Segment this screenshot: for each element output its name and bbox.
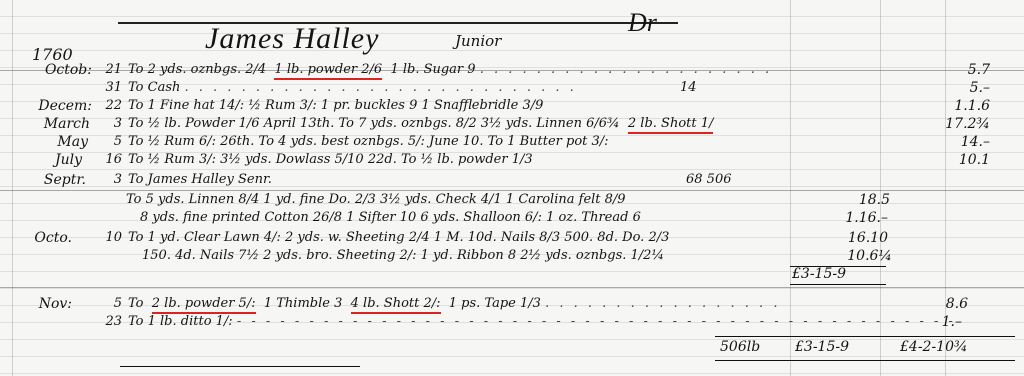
ledger-row: July 16 To ½ Rum 3/: 3½ yds. Dowlass 5/1… — [0, 152, 1024, 170]
rule-line — [0, 287, 1024, 288]
ledger-row: Decem: 22 To 1 Fine hat 14/: ½ Rum 3/: 1… — [0, 98, 1024, 116]
ledger-row: To 5 yds. Linnen 8/4 1 yd. fine Do. 2/3 … — [0, 192, 1024, 210]
entry-month: Nov: — [0, 296, 72, 312]
entry-month: Septr. — [14, 172, 86, 188]
entry-amount: 1.1.6 — [954, 98, 990, 114]
entry-amount: 10.6¼ — [847, 248, 892, 264]
underlined-item: 1 lb. powder 2/6 — [274, 62, 382, 80]
entry-month: July — [10, 152, 82, 168]
entry-amount: 8.6 — [946, 296, 968, 312]
entry-text: To 5 yds. Linnen 8/4 1 yd. fine Do. 2/3 … — [126, 192, 626, 207]
carried-total: £3-15-9 — [795, 339, 849, 355]
entry-amount: 5.– — [970, 80, 990, 96]
entry-day: 5 — [100, 296, 122, 311]
entry-day: 3 — [100, 116, 122, 131]
ledger-row: Octo. 10 To 1 yd. Clear Lawn 4/: 2 yds. … — [0, 230, 1024, 248]
entry-text: To 1 lb. ditto 1/: - - - - - - - - - - -… — [128, 314, 956, 329]
ledger-row: Nov: 5 To 2 lb. powder 5/: 1 Thimble 3 4… — [0, 296, 1024, 314]
underlined-item: 4 lb. Shott 2/: — [351, 296, 441, 314]
ledger-row: 8 yds. fine printed Cotton 26/8 1 Sifter… — [0, 210, 1024, 228]
entry-amount: 5.7 — [968, 62, 990, 78]
subtotal: £3-15-9 — [792, 266, 846, 282]
ledger-row: May 5 To ½ Rum 6/: 26th. To 4 yds. best … — [0, 134, 1024, 152]
rule-line — [0, 190, 1024, 191]
entry-month: Decem: — [20, 98, 92, 114]
entry-month: Octob: — [20, 62, 92, 78]
ledger-row: 150. 4d. Nails 7½ 2 yds. bro. Sheeting 2… — [0, 248, 1024, 266]
entry-note: 14 — [680, 80, 697, 95]
account-name-suffix: Junior — [455, 32, 501, 50]
underlined-item: 2 lb. powder 5/: — [152, 296, 256, 314]
grand-total: £4-2-10¾ — [900, 339, 968, 355]
entry-amount: 10.1 — [959, 152, 990, 168]
title-rule — [118, 22, 678, 24]
entry-text: To 1 yd. Clear Lawn 4/: 2 yds. w. Sheeti… — [128, 230, 669, 245]
entry-text: To 2 lb. powder 5/: 1 Thimble 3 4 lb. Sh… — [128, 296, 780, 311]
entry-day: 22 — [100, 98, 122, 113]
entry-month: Octo. — [0, 230, 72, 246]
entry-amount: 18.5 — [859, 192, 890, 208]
total-line — [715, 336, 1015, 337]
entry-day: 21 — [100, 62, 122, 77]
entry-text: 8 yds. fine printed Cotton 26/8 1 Sifter… — [140, 210, 641, 225]
entry-amount: 14.– — [961, 134, 990, 150]
underlined-item: 2 lb. Shott 1/ — [628, 116, 713, 134]
entry-day: 31 — [100, 80, 122, 95]
entry-text: To ½ lb. Powder 1/6 April 13th. To 7 yds… — [128, 116, 713, 131]
entry-text: To 1 Fine hat 14/: ½ Rum 3/: 1 pr. buckl… — [128, 98, 543, 113]
ledger-row: 31 To Cash . . . . . . . . . . . . . . .… — [0, 80, 1024, 98]
account-name: James Halley — [205, 22, 379, 56]
ledger-row: March 3 To ½ lb. Powder 1/6 April 13th. … — [0, 116, 1024, 134]
total-line — [715, 360, 1015, 361]
entry-day: 23 — [100, 314, 122, 329]
entry-text: To Cash . . . . . . . . . . . . . . . . … — [128, 80, 577, 95]
entry-text: 150. 4d. Nails 7½ 2 yds. bro. Sheeting 2… — [142, 248, 664, 263]
entry-text: To ½ Rum 6/: 26th. To 4 yds. best oznbgs… — [128, 134, 609, 149]
entry-day: 10 — [100, 230, 122, 245]
entry-text: To 2 yds. oznbgs. 2/4 1 lb. powder 2/6 1… — [128, 62, 772, 77]
entry-month: May — [16, 134, 88, 150]
ledger-row: Septr. 3 To James Halley Senr. 68 506 — [0, 172, 1024, 190]
entry-month: March — [18, 116, 90, 132]
entry-text: To James Halley Senr. — [128, 172, 272, 187]
entry-amount: 17.2¾ — [945, 116, 990, 132]
closing-rule — [120, 366, 360, 367]
entry-day: 16 — [100, 152, 122, 167]
entry-day: 5 — [100, 134, 122, 149]
ledger-row: 23 To 1 lb. ditto 1/: - - - - - - - - - … — [0, 314, 1024, 332]
entry-amount: 1.– — [942, 314, 962, 330]
total-weight: 506lb — [720, 339, 760, 355]
entry-amount: 16.10 — [848, 230, 888, 246]
entry-note: 68 506 — [686, 172, 732, 187]
ledger-page: James Halley Junior Dr 1760 Octob: 21 To… — [0, 0, 1024, 376]
ledger-row: Octob: 21 To 2 yds. oznbgs. 2/4 1 lb. po… — [0, 62, 1024, 80]
sum-line — [790, 284, 886, 285]
debit-label: Dr — [628, 8, 657, 38]
entry-amount: 1.16.– — [845, 210, 888, 226]
entry-text: To ½ Rum 3/: 3½ yds. Dowlass 5/10 22d. T… — [128, 152, 533, 167]
entry-day: 3 — [100, 172, 122, 187]
